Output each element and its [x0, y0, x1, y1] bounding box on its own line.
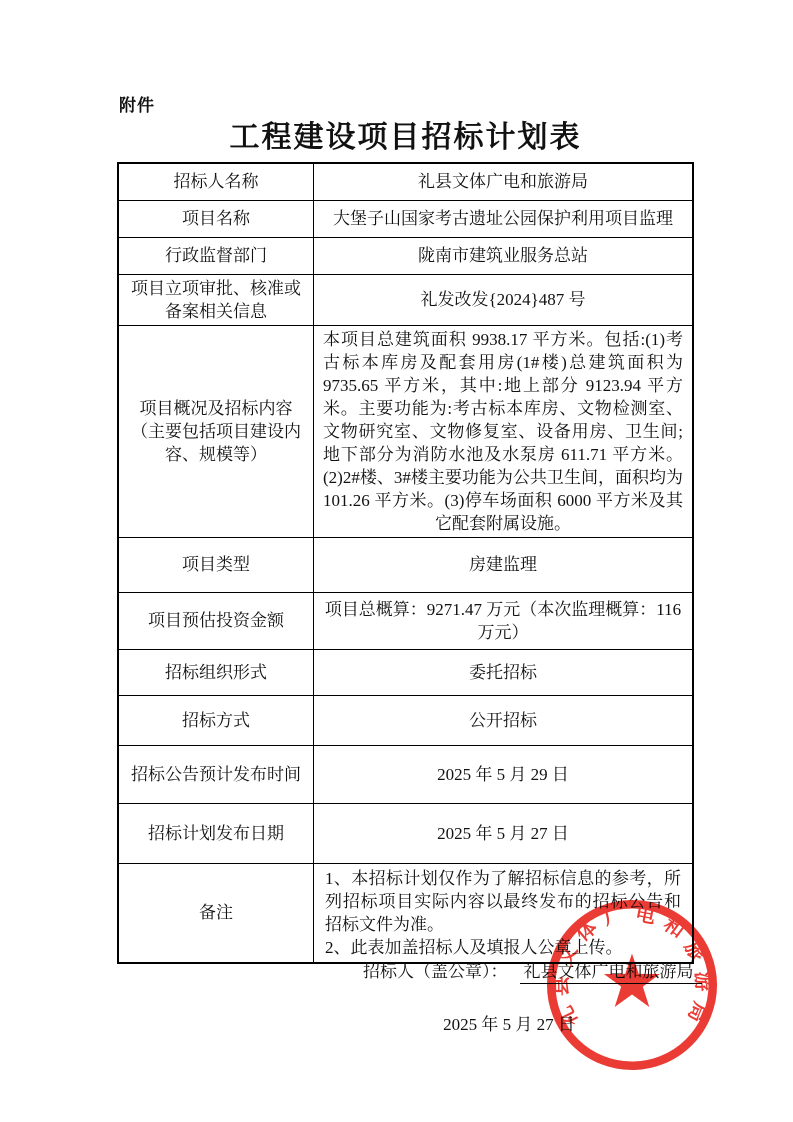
row-value: 项目总概算：9271.47 万元（本次监理概算：116 万元）	[314, 592, 694, 649]
signer-label: 招标人（盖公章）：	[363, 962, 508, 981]
table-row: 项目预估投资金额 项目总概算：9271.47 万元（本次监理概算：116 万元）	[118, 592, 693, 649]
table-row: 项目名称 大堡子山国家考古遗址公园保护利用项目监理	[118, 200, 693, 237]
table-row: 项目概况及招标内容（主要包括项目建设内容、规模等） 本项目总建筑面积 9938.…	[118, 325, 693, 537]
row-value: 2025 年 5 月 29 日	[314, 745, 694, 803]
row-label: 项目预估投资金额	[118, 592, 314, 649]
row-value: 2025 年 5 月 27 日	[314, 803, 694, 863]
tender-plan-table: 招标人名称 礼县文体广电和旅游局 项目名称 大堡子山国家考古遗址公园保护利用项目…	[117, 162, 694, 964]
row-label: 项目概况及招标内容（主要包括项目建设内容、规模等）	[118, 325, 314, 537]
table-row: 备注 1、本招标计划仅作为了解招标信息的参考，所列招标项目实际内容以最终发布的招…	[118, 863, 693, 963]
row-value: 礼发改发{2024}487 号	[314, 274, 694, 325]
row-label: 招标组织形式	[118, 649, 314, 695]
document-page: 附件 工程建设项目招标计划表 招标人名称 礼县文体广电和旅游局 项目名称 大堡子…	[0, 0, 793, 1122]
row-label: 项目立项审批、核准或备案相关信息	[118, 274, 314, 325]
table-row: 项目类型 房建监理	[118, 537, 693, 592]
signature-line: 招标人（盖公章）：礼县文体广电和旅游局	[363, 957, 702, 984]
signature-date: 2025 年 5 月 27 日	[378, 1010, 640, 1035]
table-row: 招标组织形式 委托招标	[118, 649, 693, 695]
row-value: 房建监理	[314, 537, 694, 592]
table-row: 招标公告预计发布时间 2025 年 5 月 29 日	[118, 745, 693, 803]
table-row: 行政监督部门 陇南市建筑业服务总站	[118, 237, 693, 274]
signer-name: 礼县文体广电和旅游局	[520, 957, 702, 984]
table-row: 项目立项审批、核准或备案相关信息 礼发改发{2024}487 号	[118, 274, 693, 325]
table-row: 招标人名称 礼县文体广电和旅游局	[118, 163, 693, 200]
row-label: 招标公告预计发布时间	[118, 745, 314, 803]
table-row: 招标方式 公开招标	[118, 695, 693, 745]
page-title: 工程建设项目招标计划表	[117, 112, 694, 156]
row-value: 本项目总建筑面积 9938.17 平方米。包括:(1)考古标本库房及配套用房(1…	[314, 325, 694, 537]
row-label: 项目名称	[118, 200, 314, 237]
row-label: 招标人名称	[118, 163, 314, 200]
row-value: 公开招标	[314, 695, 694, 745]
row-value: 委托招标	[314, 649, 694, 695]
row-value: 大堡子山国家考古遗址公园保护利用项目监理	[314, 200, 694, 237]
row-label: 招标方式	[118, 695, 314, 745]
table-row: 招标计划发布日期 2025 年 5 月 27 日	[118, 803, 693, 863]
row-label: 招标计划发布日期	[118, 803, 314, 863]
row-value: 1、本招标计划仅作为了解招标信息的参考，所列招标项目实际内容以最终发布的招标公告…	[314, 863, 694, 963]
row-value: 陇南市建筑业服务总站	[314, 237, 694, 274]
row-label: 项目类型	[118, 537, 314, 592]
row-label: 行政监督部门	[118, 237, 314, 274]
row-value: 礼县文体广电和旅游局	[314, 163, 694, 200]
row-label: 备注	[118, 863, 314, 963]
